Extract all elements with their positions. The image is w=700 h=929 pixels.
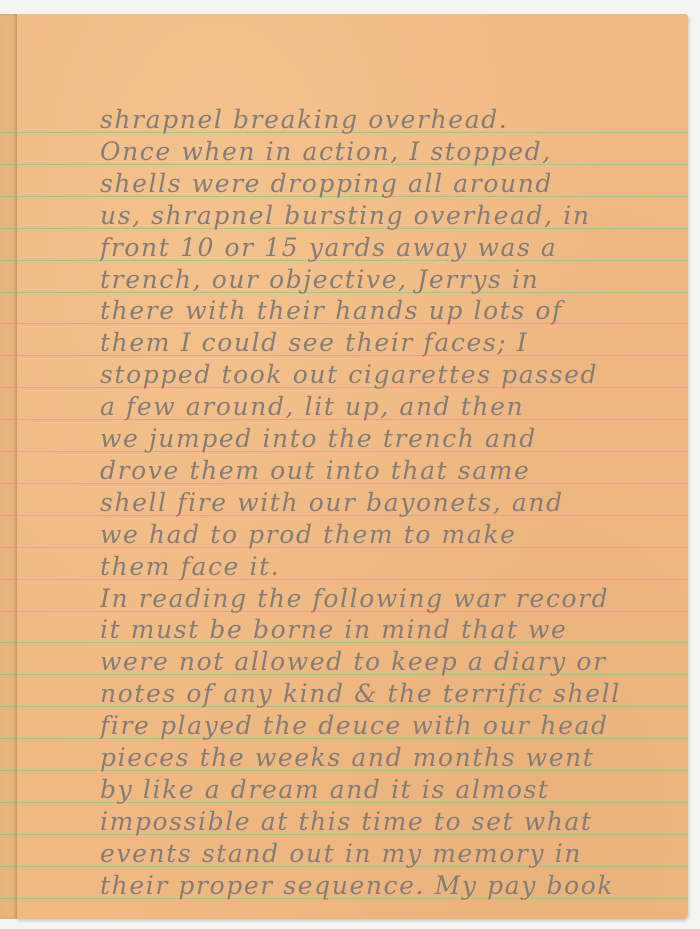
text-line: it must be borne in mind that we	[100, 614, 676, 646]
text-line: shells were dropping all around	[100, 168, 676, 200]
text-line: shell fire with our bayonets, and	[100, 487, 676, 519]
ruled-line	[0, 451, 17, 452]
text-line: events stand out in my memory in	[100, 838, 676, 870]
text-line: were not allowed to keep a diary or	[100, 646, 676, 678]
text-line: there with their hands up lots of	[100, 295, 676, 327]
ruled-line	[0, 611, 17, 612]
ruled-line	[0, 898, 17, 899]
text-line: front 10 or 15 yards away was a	[100, 232, 676, 264]
text-line: stopped took out cigarettes passed	[100, 359, 676, 391]
text-line: their proper sequence. My pay book	[100, 870, 676, 902]
ruled-line	[0, 260, 17, 261]
ruled-line	[0, 674, 17, 675]
text-line: a few around, lit up, and then	[100, 391, 676, 423]
ruled-line	[0, 323, 17, 324]
ruled-line	[0, 579, 17, 580]
text-line: them face it.	[100, 551, 676, 583]
text-line: we jumped into the trench and	[100, 423, 676, 455]
text-line: we had to prod them to make	[100, 519, 676, 551]
ruled-line	[0, 547, 17, 548]
text-line: notes of any kind & the terrific shell	[100, 678, 676, 710]
text-line: fire played the deuce with our head	[100, 710, 676, 742]
ruled-line	[0, 738, 17, 739]
ruled-line	[0, 515, 17, 516]
ruled-line	[0, 228, 17, 229]
ruled-line	[0, 802, 17, 803]
text-line: drove them out into that same	[100, 455, 676, 487]
ruled-line	[0, 387, 17, 388]
text-line: impossible at this time to set what	[100, 806, 676, 838]
text-line: In reading the following war record	[100, 583, 676, 615]
ruled-line	[0, 866, 17, 867]
text-line: them I could see their faces; I	[100, 327, 676, 359]
ruled-line	[0, 419, 17, 420]
text-line: us, shrapnel bursting overhead, in	[100, 200, 676, 232]
text-line: shrapnel breaking overhead.	[100, 104, 676, 136]
ruled-line	[0, 642, 17, 643]
facing-page-edge	[0, 14, 18, 919]
notebook-page: shrapnel breaking overhead. Once when in…	[17, 14, 688, 919]
ruled-line	[0, 706, 17, 707]
text-line: Once when in action, I stopped,	[100, 136, 676, 168]
ruled-line	[0, 196, 17, 197]
ruled-line	[0, 355, 17, 356]
ruled-line	[0, 483, 17, 484]
ruled-line	[0, 132, 17, 133]
text-line: by like a dream and it is almost	[100, 774, 676, 806]
text-line: trench, our objective, Jerrys in	[100, 264, 676, 296]
ruled-line	[0, 164, 17, 165]
handwritten-text: shrapnel breaking overhead. Once when in…	[17, 14, 688, 919]
text-line: pieces the weeks and months went	[100, 742, 676, 774]
ruled-line	[0, 834, 17, 835]
ruled-line	[0, 292, 17, 293]
ruled-line	[0, 770, 17, 771]
